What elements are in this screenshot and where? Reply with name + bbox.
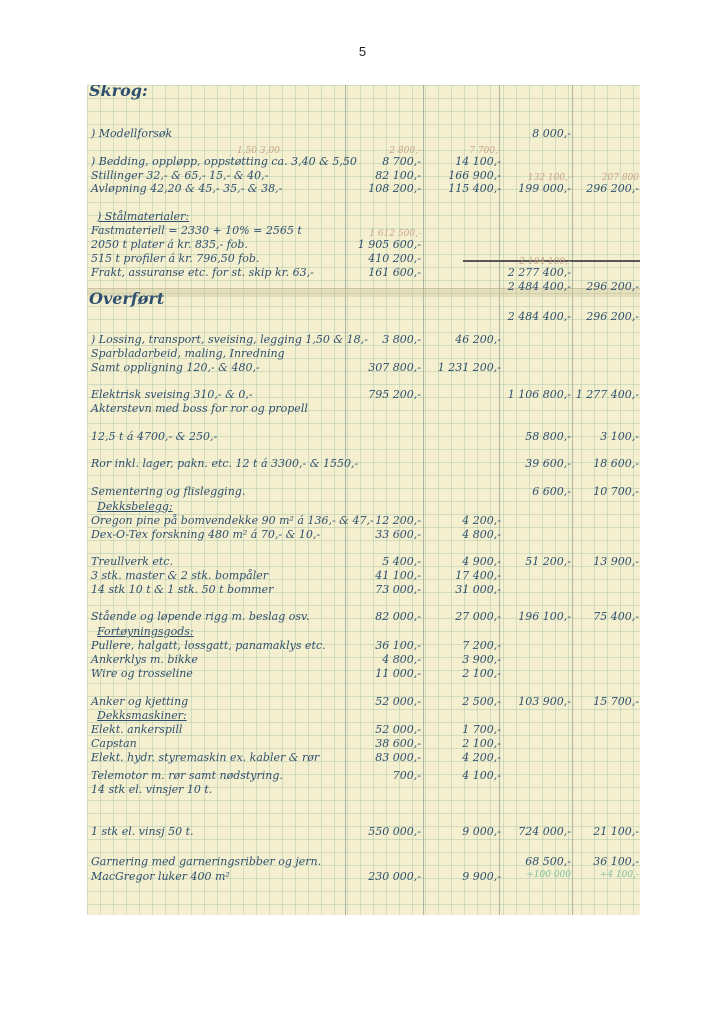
amount-c4: 10 700,- (573, 485, 639, 498)
amount-c4: 21 100,- (573, 825, 639, 838)
ledger-row: ) Bedding, oppløpp, oppstøtting ca. 3,40… (87, 155, 640, 169)
amount-c2: 4 100,- (423, 769, 501, 782)
row-label: Treullverk etc. (91, 555, 173, 568)
amount-c3: 6 600,- (501, 485, 571, 498)
amount-c1: 12 200,- (343, 514, 421, 527)
amount-c1: 52 000,- (343, 695, 421, 708)
amount-c3: 196 100,- (501, 610, 571, 623)
row-label: Wire og trosseline (91, 667, 193, 680)
amount-c1: 41 100,- (343, 569, 421, 582)
ledger-row: Oregon pine på bomvendekke 90 m² á 136,-… (87, 514, 640, 528)
row-label: Elekt. hydr. styremaskin ex. kabler & rø… (91, 751, 319, 764)
ledger-row: Frakt, assuranse etc. for st. skip kr. 6… (87, 266, 640, 280)
amount-green-c4: ÷4 100,- (573, 870, 639, 880)
amount-c2: 2 500,- (423, 695, 501, 708)
amount-c1: 307 800,- (343, 361, 421, 374)
section-title: Overført (89, 289, 164, 308)
ledger-row: ) Stålmaterialer: (87, 210, 640, 224)
section-title: Skrog: (89, 85, 148, 100)
amount-c2: 115 400,- (423, 182, 501, 195)
amount-c1: 550 000,- (343, 825, 421, 838)
ledger-row: Elektrisk sveising 310,- & 0,-795 200,-1… (87, 388, 640, 402)
amount-c3: 1 106 800,- (501, 388, 571, 401)
amount-c1: 38 600,- (343, 737, 421, 750)
row-label: 1 stk el. vinsj 50 t. (91, 825, 194, 838)
amount-c3: 58 800,- (501, 430, 571, 443)
amount-c4: 18 600,- (573, 457, 639, 470)
row-label: Avløpning 42,20 & 45,- 35,- & 38,- (91, 182, 282, 195)
ledger-row: Sementering og flislegging.6 600,-10 700… (87, 485, 640, 499)
amount-c1: 83 000,- (343, 751, 421, 764)
amount-c3: 103 900,- (501, 695, 571, 708)
ledger-page: Skrog:) Modellforsøk8 000,-) Bedding, op… (87, 85, 640, 915)
amount-c1: 1 905 600,- (343, 238, 421, 251)
amount-pencil-c1: 1 612 500,- (343, 229, 421, 239)
amount-c2: 2 100,- (423, 737, 501, 750)
amount-c1: 33 600,- (343, 528, 421, 541)
amount-c1: 5 400,- (343, 555, 421, 568)
amount-c2: 7 200,- (423, 639, 501, 652)
row-label: MacGregor luker 400 m² (91, 870, 230, 883)
amount-c1: 4 800,- (343, 653, 421, 666)
amount-c3: 199 000,- (501, 182, 571, 195)
amount-c2: 2 100,- (423, 667, 501, 680)
amount-c1: 82 100,- (343, 169, 421, 182)
ledger-row: Pullere, halgatt, lossgatt, panamaklys e… (87, 639, 640, 653)
row-label: Stående og løpende rigg m. beslag osv. (91, 610, 309, 623)
ledger-row: Dekksbelegg: (87, 500, 640, 514)
ledger-row: Dex-O-Tex forskning 480 m² á 70,- & 10,-… (87, 528, 640, 542)
ledger-row: Elekt. hydr. styremaskin ex. kabler & rø… (87, 751, 640, 765)
amount-green-c3: ÷100 000 (501, 870, 571, 880)
ledger-row: Garnering med garneringsribber og jern.6… (87, 855, 640, 869)
ledger-row: Fortøyningsgods: (87, 625, 640, 639)
ledger-row: Wire og trosseline11 000,-2 100,- (87, 667, 640, 681)
ledger-row: Dekksmaskiner: (87, 709, 640, 723)
amount-pencil-c3: 132 100,- (501, 173, 571, 183)
amount-c4: 3 100,- (573, 430, 639, 443)
row-label: 2050 t plater á kr. 835,- fob. (91, 238, 248, 251)
row-label: Dekksbelegg: (97, 500, 173, 513)
row-label: Anker og kjetting (91, 695, 188, 708)
ledger-row: MacGregor luker 400 m²230 000,-9 900,-÷1… (87, 870, 640, 884)
amount-pencil-c3: 2 184 100,- (501, 257, 571, 267)
ledger-row: Anker og kjetting52 000,-2 500,-103 900,… (87, 695, 640, 709)
amount-c2: 4 200,- (423, 514, 501, 527)
ledger-row: 2050 t plater á kr. 835,- fob.1 905 600,… (87, 238, 640, 252)
amount-c1: 11 000,- (343, 667, 421, 680)
amount-c3: 2 484 400,- (501, 280, 571, 293)
ledger-row: Avløpning 42,20 & 45,- 35,- & 38,-108 20… (87, 182, 640, 196)
amount-c3: 724 000,- (501, 825, 571, 838)
ledger-row: Stående og løpende rigg m. beslag osv.82… (87, 610, 640, 624)
ledger-row: Elekt. ankerspill52 000,-1 700,- (87, 723, 640, 737)
amount-c3: 51 200,- (501, 555, 571, 568)
row-label: Sparbladarbeid, maling, Inredning (91, 347, 285, 360)
amount-c2: 9 900,- (423, 870, 501, 883)
row-label: Ankerklys m. bikke (91, 653, 198, 666)
amount-c1: 82 000,- (343, 610, 421, 623)
row-label: ) Lossing, transport, sveising, legging … (91, 333, 368, 346)
ledger-row: 2 484 400,-296 200,- (87, 280, 640, 294)
amount-pencil-c2: 7 700,- (423, 146, 501, 156)
amount-c4: 296 200,- (573, 310, 639, 323)
amount-c2: 4 900,- (423, 555, 501, 568)
row-label: 515 t profiler á kr. 796,50 fob. (91, 252, 259, 265)
section-title-row: Overført (87, 295, 640, 309)
amount-c1: 8 700,- (343, 155, 421, 168)
amount-c2: 17 400,- (423, 569, 501, 582)
amount-c1: 36 100,- (343, 639, 421, 652)
row-label: Elekt. ankerspill (91, 723, 182, 736)
row-label: Fortøyningsgods: (97, 625, 194, 638)
amount-c3: 2 277 400,- (501, 266, 571, 279)
amount-c3: 8 000,- (501, 127, 571, 140)
amount-c2: 1 231 200,- (423, 361, 501, 374)
ledger-row: ) Modellforsøk8 000,- (87, 127, 640, 141)
amount-c1: 700,- (343, 769, 421, 782)
amount-c1: 161 600,- (343, 266, 421, 279)
amount-c2: 31 000,- (423, 583, 501, 596)
pencil-note: 1,50 3,00 (237, 146, 280, 156)
page-number: 5 (0, 44, 725, 59)
row-label: 3 stk. master & 2 stk. bompåler (91, 569, 268, 582)
row-label: ) Bedding, oppløpp, oppstøtting ca. 3,40… (91, 155, 357, 168)
row-label: Dekksmaskiner: (97, 709, 187, 722)
ledger-row: Capstan38 600,-2 100,- (87, 737, 640, 751)
amount-c1: 73 000,- (343, 583, 421, 596)
ledger-row: Ror inkl. lager, pakn. etc. 12 t á 3300,… (87, 457, 640, 471)
row-label: Akterstevn med boss for ror og propell (91, 402, 308, 415)
ledger-row: Ankerklys m. bikke4 800,-3 900,- (87, 653, 640, 667)
row-label: Telemotor m. rør samt nødstyring. (91, 769, 283, 782)
amount-c2: 27 000,- (423, 610, 501, 623)
row-label: Samt oppligning 120,- & 480,- (91, 361, 260, 374)
ledger-row: 12,5 t á 4700,- & 250,-58 800,-3 100,- (87, 430, 640, 444)
amount-c4: 1 277 400,- (573, 388, 639, 401)
amount-c3: 39 600,- (501, 457, 571, 470)
amount-c4: 296 200,- (573, 280, 639, 293)
amount-c4: 36 100,- (573, 855, 639, 868)
row-label: 12,5 t á 4700,- & 250,- (91, 430, 217, 443)
amount-c4: 15 700,- (573, 695, 639, 708)
row-label: Pullere, halgatt, lossgatt, panamaklys e… (91, 639, 326, 652)
amount-c4: 75 400,- (573, 610, 639, 623)
amount-c1: 52 000,- (343, 723, 421, 736)
row-label: Stillinger 32,- & 65,- 15,- & 40,- (91, 169, 268, 182)
row-label: Capstan (91, 737, 137, 750)
ledger-row: 14 stk 10 t & 1 stk. 50 t bommer73 000,-… (87, 583, 640, 597)
amount-c4: 296 200,- (573, 182, 639, 195)
amount-c4: 13 900,- (573, 555, 639, 568)
ledger-row: Sparbladarbeid, maling, Inredning (87, 347, 640, 361)
row-label: Fastmateriell = 2330 + 10% = 2565 t (91, 224, 302, 237)
amount-c2: 3 900,- (423, 653, 501, 666)
amount-c1: 230 000,- (343, 870, 421, 883)
amount-c2: 4 800,- (423, 528, 501, 541)
amount-c3: 2 484 400,- (501, 310, 571, 323)
ledger-row: Akterstevn med boss for ror og propell (87, 402, 640, 416)
ledger-row: Treullverk etc.5 400,-4 900,-51 200,-13 … (87, 555, 640, 569)
ledger-row: Samt oppligning 120,- & 480,-307 800,-1 … (87, 361, 640, 375)
amount-c2: 166 900,- (423, 169, 501, 182)
amount-c2: 9 000,- (423, 825, 501, 838)
ledger-row: 14 stk el. vinsjer 10 t. (87, 783, 640, 797)
amount-pencil-c4: 207 800 (573, 173, 639, 183)
ledger-row: 2 484 400,-296 200,- (87, 310, 640, 324)
amount-c2: 1 700,- (423, 723, 501, 736)
amount-c2: 46 200,- (423, 333, 501, 346)
row-label: Dex-O-Tex forskning 480 m² á 70,- & 10,- (91, 528, 320, 541)
row-label: 14 stk el. vinsjer 10 t. (91, 783, 212, 796)
row-label: Frakt, assuranse etc. for st. skip kr. 6… (91, 266, 314, 279)
amount-c1: 3 800,- (343, 333, 421, 346)
ledger-row: 1 stk el. vinsj 50 t.550 000,-9 000,-724… (87, 825, 640, 839)
row-label: Elektrisk sveising 310,- & 0,- (91, 388, 253, 401)
row-label: Sementering og flislegging. (91, 485, 245, 498)
row-label: Garnering med garneringsribber og jern. (91, 855, 321, 868)
amount-c2: 14 100,- (423, 155, 501, 168)
row-label: Oregon pine på bomvendekke 90 m² á 136,-… (91, 514, 374, 527)
amount-c1: 108 200,- (343, 182, 421, 195)
row-label: ) Stålmaterialer: (97, 210, 189, 223)
row-label: ) Modellforsøk (91, 127, 172, 140)
ledger-row: Telemotor m. rør samt nødstyring.700,-4 … (87, 769, 640, 783)
amount-c1: 410 200,- (343, 252, 421, 265)
amount-c2: 4 200,- (423, 751, 501, 764)
row-label: Ror inkl. lager, pakn. etc. 12 t á 3300,… (91, 457, 358, 470)
row-label: 14 stk 10 t & 1 stk. 50 t bommer (91, 583, 273, 596)
section-title-row: Skrog: (87, 87, 640, 101)
amount-pencil-c1: 2 800,- (343, 146, 421, 156)
ledger-row: 3 stk. master & 2 stk. bompåler41 100,-1… (87, 569, 640, 583)
ledger-row: ) Lossing, transport, sveising, legging … (87, 333, 640, 347)
amount-c3: 68 500,- (501, 855, 571, 868)
amount-c1: 795 200,- (343, 388, 421, 401)
